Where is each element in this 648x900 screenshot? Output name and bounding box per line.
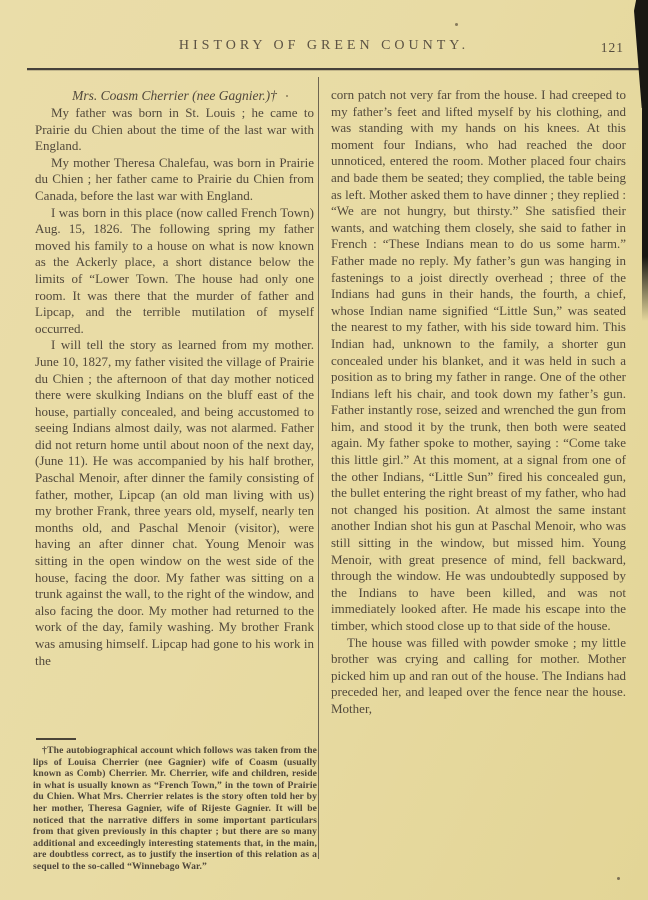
paragraph: I will tell the story as learned from my… xyxy=(35,337,314,669)
footnote-rule xyxy=(36,738,76,740)
page-header: HISTORY OF GREEN COUNTY. 121 xyxy=(0,38,648,58)
book-page: HISTORY OF GREEN COUNTY. 121 Mrs. Coasm … xyxy=(0,0,648,900)
ink-speck xyxy=(455,23,458,26)
paragraph: I was born in this place (now called Fre… xyxy=(35,205,314,338)
paragraph: My father was born in St. Louis ; he cam… xyxy=(35,105,314,155)
ink-speck xyxy=(286,95,288,97)
section-heading: Mrs. Coasm Cherrier (nee Gagnier.)† xyxy=(35,87,314,104)
page-number: 121 xyxy=(601,40,624,56)
paragraph: My mother Theresa Chalefau, was born in … xyxy=(35,155,314,205)
column-divider xyxy=(318,77,319,859)
right-column: corn patch not very far from the house. … xyxy=(331,87,626,873)
ink-speck xyxy=(617,877,620,880)
paragraph: corn patch not very far from the house. … xyxy=(331,87,626,635)
left-column: Mrs. Coasm Cherrier (nee Gagnier.)† My f… xyxy=(35,87,314,739)
paragraph: The house was filled with powder smoke ;… xyxy=(331,635,626,718)
scan-edge-shadow xyxy=(642,106,648,321)
footnote-block: †The autobiographical account which foll… xyxy=(33,738,317,873)
footnote: †The autobiographical account which foll… xyxy=(33,745,317,873)
header-rule xyxy=(27,68,645,70)
page-header-title: HISTORY OF GREEN COUNTY. xyxy=(0,38,648,54)
